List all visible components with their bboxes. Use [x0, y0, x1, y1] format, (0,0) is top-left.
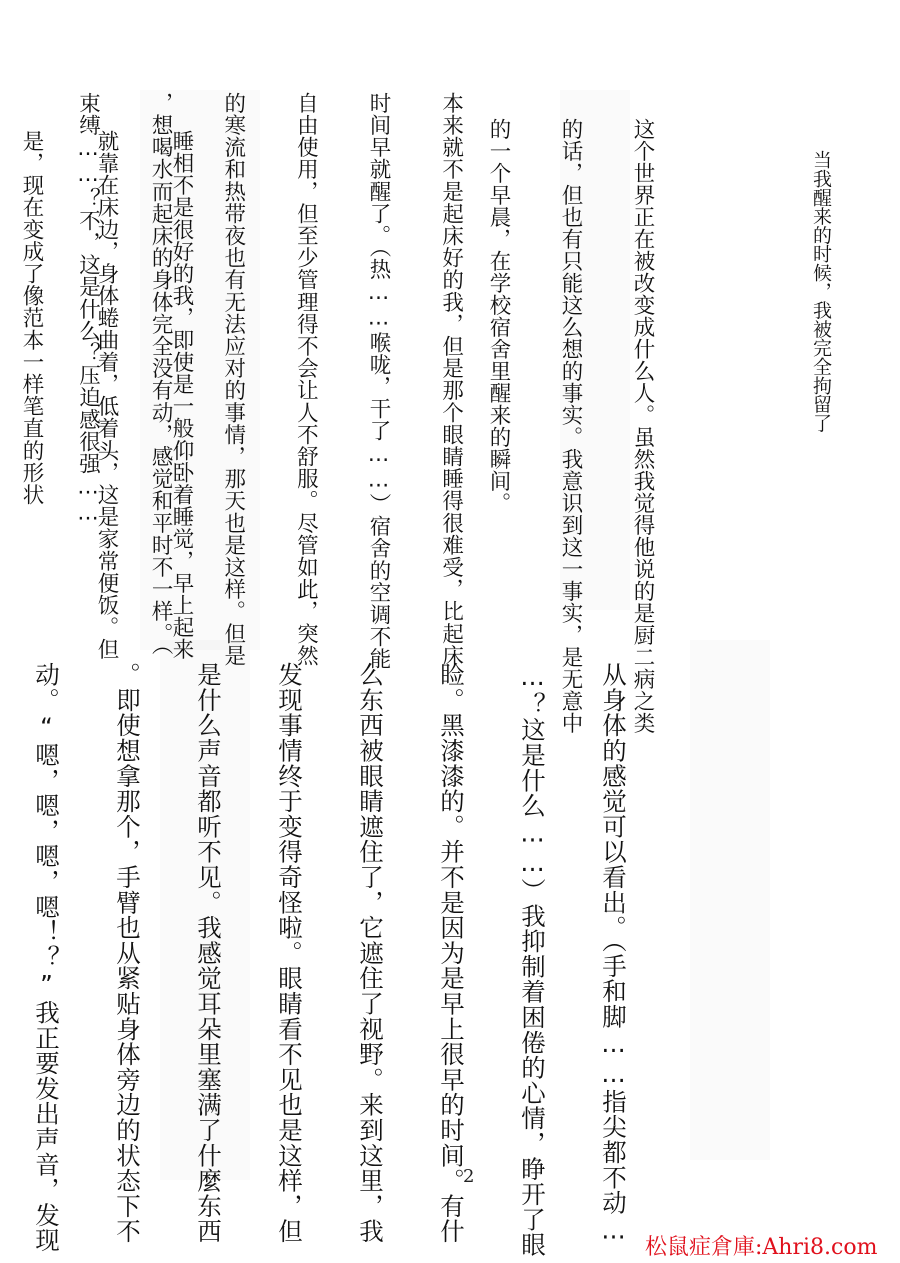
text-column: 自由使用，但至少管理得不会让人不舒服。尽管如此，突然 [293, 92, 317, 670]
text-column: 是，现在变成了像范本一样笔直的形状 [19, 130, 44, 660]
text-column: 动。“嗯，嗯，嗯，嗯！？”我正要发出声音，发现 [33, 662, 60, 1257]
scan-shading [690, 640, 770, 1160]
chapter-heading: 当我醒来的时候，我被完全拘留了 [761, 150, 881, 432]
text-column: 这个世界正在被改变成什么人。虽然我觉得他说的是厨二病之类 [630, 118, 654, 734]
text-column: 本来就不是起床好的我，但是那个眼睛睡得很难受，比起床 [438, 92, 462, 670]
paragraph-3: 睡相不是很好的我，即使是一般仰卧着睡觉，早上起来 就靠在床边，身体蜷曲着，低着头… [0, 130, 244, 660]
text-column: 就靠在床边，身体蜷曲着，低着头，这是家常便饭。但 [94, 130, 119, 660]
document-page: 当我醒来的时候，我被完全拘留了 这个世界正在被改变成什么人。虽然我觉得他说的是厨… [0, 0, 900, 1263]
text-column: …？这是什么……）我抑制着困倦的心情，睁开了眼 [519, 662, 546, 1257]
text-column: 睡相不是很好的我，即使是一般仰卧着睡觉，早上起来 [169, 130, 194, 660]
page-number: 2 [463, 1166, 474, 1187]
heading-text: 当我醒来的时候，我被完全拘留了 [809, 150, 833, 432]
text-column: 。即使想拿那个，手臂也从紧贴身体旁边的状态下不 [114, 662, 141, 1257]
text-column: 睑。黑漆漆的。并不是因为是早上很早的时间。有什 [438, 662, 465, 1257]
text-column: 是什么声音都听不见。我感觉耳朵里塞满了什麼东西 [195, 662, 222, 1257]
watermark-text: 松鼠症倉庫:Ahri8.com [645, 1230, 877, 1261]
text-column: 发现事情终于变得奇怪啦。眼睛看不见也是这样，但 [276, 662, 303, 1257]
text-column: 从身体的感觉可以看出。（手和脚……指尖都不动… [600, 662, 627, 1257]
paragraph-4: 从身体的感觉可以看出。（手和脚……指尖都不动… …？这是什么……）我抑制着困倦的… [0, 662, 681, 1257]
text-column: 么东西被眼睛遮住了，它遮住了视野。来到这里，我 [357, 662, 384, 1257]
text-column: 的话，但也有只能这么想的事实。我意识到这一事实，是无意中 [558, 118, 582, 734]
text-column: 时间早就醒了。（热……喉咙，干了……）宿舍的空调不能 [366, 92, 390, 670]
